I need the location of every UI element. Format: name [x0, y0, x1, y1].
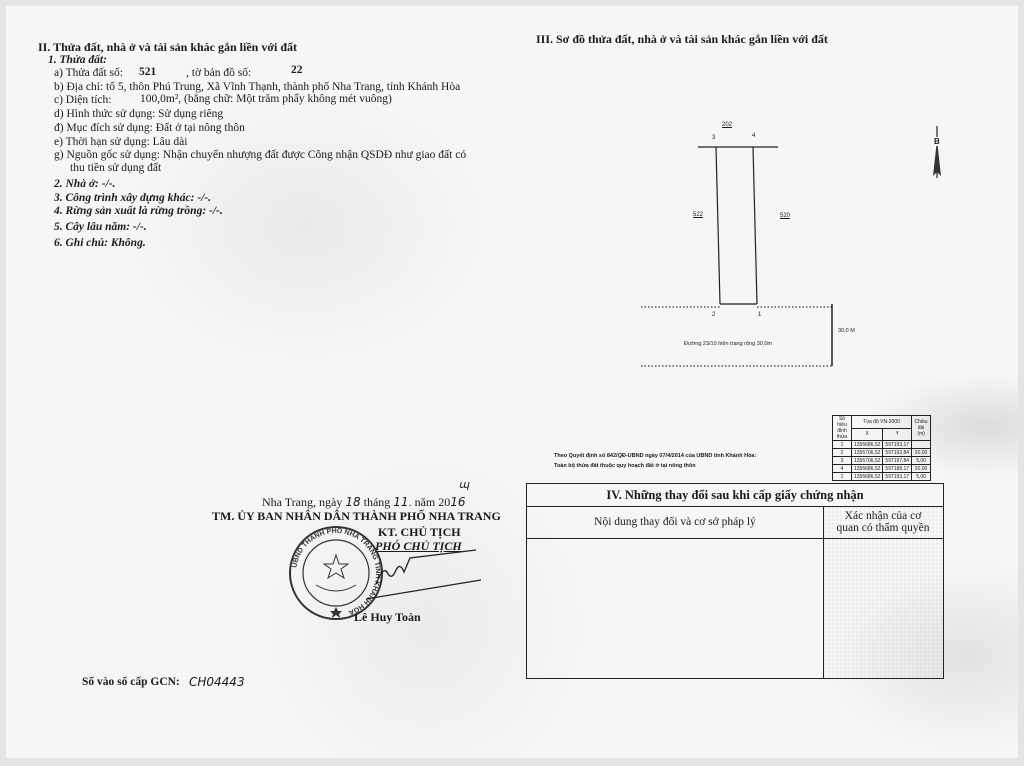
- changes-table: IV. Những thay đổi sau khi cấp giấy chứn…: [526, 483, 944, 679]
- table-row: 3 1355706,52 597197,84 5,00: [833, 457, 931, 465]
- neighbor-parcel-left: 522: [693, 212, 703, 218]
- cell-length: [912, 441, 931, 449]
- parcel-diagram: [636, 114, 856, 374]
- table-row: 4 1355686,52 597188,17 20,00: [833, 465, 931, 473]
- date-year: 16: [450, 495, 465, 509]
- signer-name: Lê Huy Toàn: [354, 610, 421, 625]
- area-value: 100,0m², (bằng chữ: Một trăm phẩy không …: [140, 93, 392, 107]
- neighbor-parcel-right: 520: [780, 213, 790, 219]
- cell-x: 1355686,52: [852, 441, 883, 449]
- col-length: Chiều dài (m): [912, 416, 931, 441]
- certificate-page: II. Thửa đất, nhà ở và tài sản khác gắn …: [6, 6, 1018, 758]
- date-day: 18: [345, 495, 360, 509]
- cell-x: 1355706,52: [852, 457, 883, 465]
- cell-y: 597192,84: [883, 449, 912, 457]
- north-label: B: [934, 137, 940, 146]
- changes-confirm-column: Xác nhận của cơ quan có thẩm quyền: [823, 506, 943, 678]
- planning-note-1: Theo Quyết định số 842/QĐ-UBND ngày 07/4…: [554, 453, 756, 459]
- cell-length: 5,00: [912, 473, 931, 481]
- north-arrow-icon: [930, 126, 944, 180]
- planning-note-2: Toàn bộ thửa đất thuộc quy hoạch đất ở t…: [554, 463, 696, 469]
- cell-point: 2: [833, 449, 852, 457]
- date-prefix: Nha Trang, ngày: [262, 495, 342, 509]
- issue-date: Nha Trang, ngày 18 tháng 11. năm 2016: [262, 495, 466, 510]
- issuing-authority: TM. ỦY BAN NHÂN DÂN THÀNH PHỐ NHA TRANG: [212, 509, 501, 524]
- col-vn2000: Tọa độ VN-2000: [852, 416, 912, 429]
- cell-x: 1355686,52: [852, 473, 883, 481]
- cell-point: 1: [833, 441, 852, 449]
- signer-role-1: KT. CHỦ TỊCH: [378, 525, 461, 540]
- vertex-1: 1: [758, 312, 761, 318]
- cell-length: 5,00: [912, 457, 931, 465]
- month-label: tháng: [364, 495, 391, 509]
- changes-title: IV. Những thay đổi sau khi cấp giấy chứn…: [527, 484, 943, 507]
- section-ii-title: II. Thửa đất, nhà ở và tài sản khác gắn …: [38, 40, 297, 55]
- table-row: 2 1355706,52 597192,84 20,00: [833, 449, 931, 457]
- cell-length: 20,00: [912, 465, 931, 473]
- map-sheet-label: , tờ bản đồ số:: [186, 67, 251, 81]
- item-other-works: 3. Công trình xây dựng khác: -/-.: [54, 192, 211, 204]
- usage-purpose: đ) Mục đích sử dụng: Đất ở tại nông thôn: [54, 122, 245, 136]
- cell-y: 597193,17: [883, 473, 912, 481]
- col-x: X: [852, 428, 883, 441]
- table-row: 1 1355686,52 597193,17: [833, 441, 931, 449]
- register-label: Số vào sổ cấp GCN:: [82, 676, 180, 690]
- road-label: Đường 23/10 hiện trạng rộng 30,0m: [684, 341, 772, 347]
- col-authority-confirm: Xác nhận của cơ quan có thẩm quyền: [823, 506, 943, 539]
- map-sheet-number: 22: [291, 64, 303, 78]
- register-number: CH04443: [189, 675, 245, 689]
- vertex-2: 2: [712, 312, 715, 318]
- vertex-3-top: 3: [712, 135, 715, 141]
- date-month: 11: [393, 495, 408, 509]
- usage-form: d) Hình thức sử dụng: Sử dụng riêng: [54, 108, 223, 122]
- changes-content-column: Nội dung thay đổi và cơ sở pháp lý: [527, 506, 824, 678]
- item-note: 6. Ghi chú: Không.: [54, 237, 146, 249]
- cell-length: 20,00: [912, 449, 931, 457]
- usage-origin: g) Nguồn gốc sử dụng: Nhận chuyển nhượng…: [54, 149, 466, 163]
- section-iii-title: III. Sơ đồ thửa đất, nhà ở và tài sản kh…: [536, 32, 828, 47]
- cell-y: 597197,84: [883, 457, 912, 465]
- col-y: Y: [883, 428, 912, 441]
- parcel-label: a) Thửa đất số:: [54, 67, 123, 81]
- table-row: 1 1355686,52 597193,17 5,00: [833, 473, 931, 481]
- parcel-number: 521: [139, 66, 156, 80]
- signature-icon: [366, 544, 486, 604]
- road-width: 30,0 M: [838, 328, 855, 334]
- cell-x: 1355686,52: [852, 465, 883, 473]
- area-label: c) Diện tích:: [54, 94, 111, 108]
- col-change-content: Nội dung thay đổi và cơ sở pháp lý: [527, 506, 823, 539]
- item-house: 2. Nhà ở: -/-.: [54, 178, 115, 190]
- cell-y: 597188,17: [883, 465, 912, 473]
- handwritten-mark: ɰ: [459, 478, 470, 491]
- cell-y: 597193,17: [883, 441, 912, 449]
- usage-term: e) Thời hạn sử dụng: Lâu dài: [54, 136, 187, 150]
- cell-point: 4: [833, 465, 852, 473]
- vertex-4: 4: [752, 133, 755, 139]
- coordinates-table: Số hiệu đỉnh thửa Tọa độ VN-2000 Chiều d…: [832, 415, 931, 481]
- cell-x: 1355706,52: [852, 449, 883, 457]
- land-heading: 1. Thửa đất:: [48, 54, 107, 66]
- col-point: Số hiệu đỉnh thửa: [833, 416, 852, 441]
- neighbor-parcel-top: 202: [722, 122, 732, 128]
- cell-point: 3: [833, 457, 852, 465]
- item-forest: 4. Rừng sản xuất là rừng trồng: -/-.: [54, 205, 223, 217]
- item-perennial: 5. Cây lâu năm: -/-.: [54, 221, 147, 233]
- year-label: năm 20: [415, 495, 451, 509]
- cell-point: 1: [833, 473, 852, 481]
- usage-origin-cont: thu tiền sử dụng đất: [70, 162, 161, 176]
